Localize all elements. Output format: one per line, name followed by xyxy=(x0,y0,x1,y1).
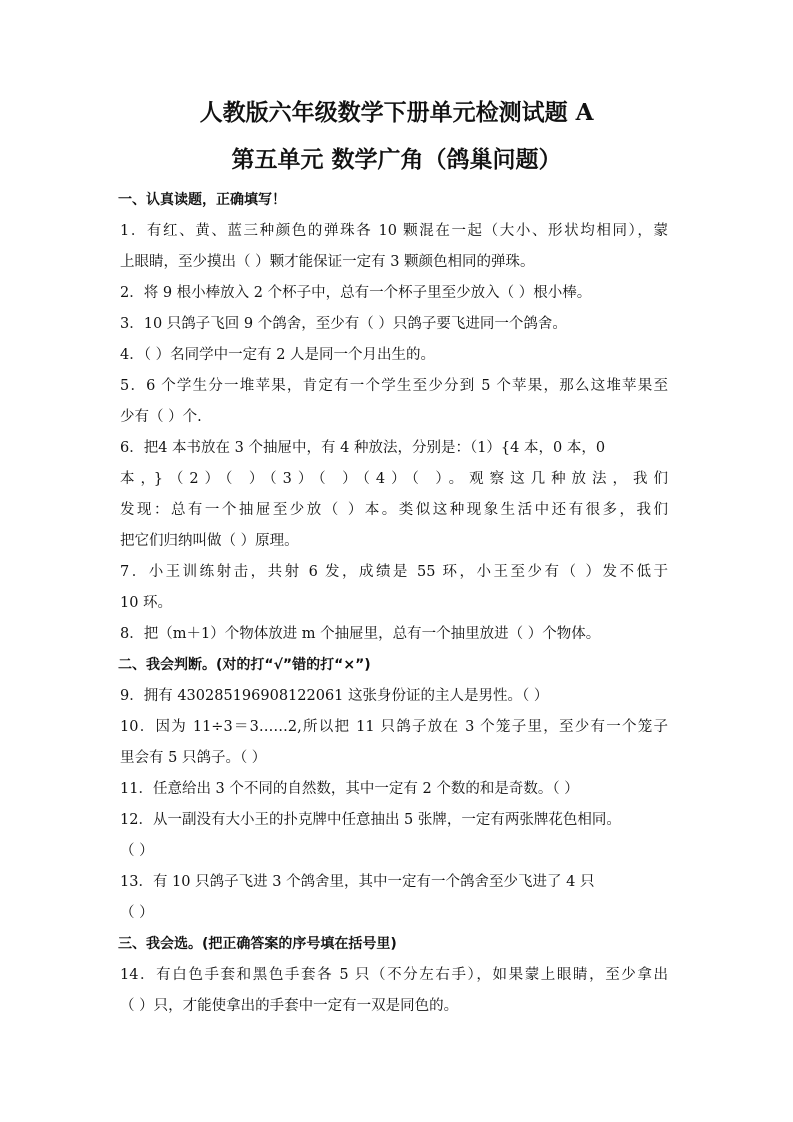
question-line: 上眼睛，至少摸出（ ）颗才能保证一定有 3 颗颜色相同的弹珠。 xyxy=(120,247,668,278)
question-line: 少有（ ）个. xyxy=(120,402,668,433)
section-heading-multiple-choice: 三、我会选。(把正确答案的序号填在括号里) xyxy=(118,929,668,960)
question-line: 14．有白色手套和黑色手套各 5 只（不分左右手），如果蒙上眼睛，至少拿出 xyxy=(120,960,668,991)
document-subtitle: 第五单元 数学广角（鸽巢问题） xyxy=(0,145,793,175)
question-line: （ ）只，才能使拿出的手套中一定有一双是同色的。 xyxy=(120,991,668,1022)
question-line: （ ） xyxy=(120,898,668,929)
section-heading-true-false: 二、我会判断。(对的打“√”错的打“×”) xyxy=(118,650,668,681)
question-line: 本，}（2）（ ）（3）（ ）（4）（ ）。观察这几种放法，我们 xyxy=(120,464,668,495)
question-line: 6．把4 本书放在 3 个抽屉中，有 4 种放法，分别是：（1）{4 本，0 本… xyxy=(120,433,668,464)
question-line: 2．将 9 根小棒放入 2 个杯子中，总有一个杯子里至少放入（ ）根小棒。 xyxy=(120,278,668,309)
question-line: 3．10 只鸽子飞回 9 个鸽舍，至少有（ ）只鸽子要飞进同一个鸽舍。 xyxy=(120,309,668,340)
question-line: 发现：总有一个抽屉至少放（ ）本。类似这种现象生活中还有很多，我们 xyxy=(120,495,668,526)
question-line: 8．把（m＋1）个物体放进 m 个抽屉里，总有一个抽里放进（ ）个物体。 xyxy=(120,619,668,650)
question-line: 把它们归纳叫做（ ）原理。 xyxy=(120,526,668,557)
question-line: 里会有 5 只鸽子。（ ） xyxy=(120,743,668,774)
question-line: 7．小王训练射击，共射 6 发，成绩是 55 环，小王至少有（ ）发不低于 xyxy=(120,557,668,588)
question-line: 1．有红、黄、蓝三种颜色的弹珠各 10 颗混在一起（大小、形状均相同），蒙 xyxy=(120,216,668,247)
document-body: 一、认真读题，正确填写！ 1．有红、黄、蓝三种颜色的弹珠各 10 颗混在一起（大… xyxy=(120,185,668,1022)
question-line: 12．从一副没有大小王的扑克牌中任意抽出 5 张牌，一定有两张牌花色相同。 xyxy=(120,805,668,836)
question-line: 4．（ ）名同学中一定有 2 人是同一个月出生的。 xyxy=(120,340,668,371)
question-line: （ ） xyxy=(120,836,668,867)
question-line: 9．拥有 430285196908122061 这张身份证的主人是男性。（ ） xyxy=(120,681,668,712)
question-line: 13．有 10 只鸽子飞进 3 个鸽舍里，其中一定有一个鸽舍至少飞进了 4 只 xyxy=(120,867,668,898)
question-line: 5．6 个学生分一堆苹果，肯定有一个学生至少分到 5 个苹果，那么这堆苹果至 xyxy=(120,371,668,402)
document-title: 人教版六年级数学下册单元检测试题 A xyxy=(0,98,793,128)
question-line: 10．因为 11÷3＝3……2,所以把 11 只鸽子放在 3 个笼子里，至少有一… xyxy=(120,712,668,743)
document-page: 人教版六年级数学下册单元检测试题 A 第五单元 数学广角（鸽巢问题） 一、认真读… xyxy=(0,0,793,1122)
question-line: 10 环。 xyxy=(120,588,668,619)
section-heading-fill-in: 一、认真读题，正确填写！ xyxy=(118,185,668,216)
question-line: 11．任意给出 3 个不同的自然数，其中一定有 2 个数的和是奇数。（ ） xyxy=(120,774,668,805)
